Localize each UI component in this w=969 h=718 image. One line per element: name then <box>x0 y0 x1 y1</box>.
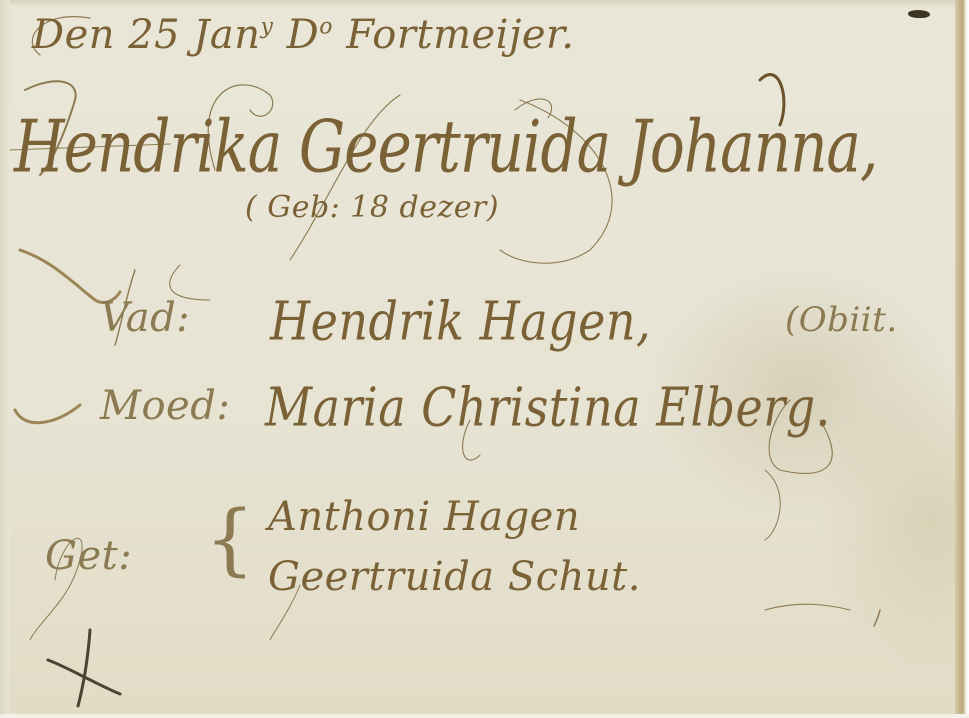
page-right-edge <box>955 0 969 718</box>
officiant-name: Fortmeijer. <box>346 12 574 58</box>
officiant-title-suffix: o <box>319 15 333 40</box>
date-month: Jan <box>193 12 260 58</box>
witnesses-label: Get: <box>45 533 132 579</box>
ink-blot <box>908 10 930 18</box>
child-name: Hendrika Geertruida Johanna, <box>14 104 877 189</box>
father-name: Hendrik Hagen, <box>270 290 651 352</box>
witnesses-brace: { <box>205 495 255 585</box>
date-month-suffix: y <box>261 15 274 40</box>
cross-mark-icon <box>44 628 124 708</box>
witness-name: Geertruida Schut. <box>268 554 641 600</box>
page-left-edge <box>0 0 10 718</box>
mother-name: Maria Christina Elberg. <box>265 376 831 438</box>
birth-note: ( Geb: 18 dezer) <box>245 190 499 225</box>
date-prefix: Den <box>32 12 115 58</box>
officiant-title: D <box>287 12 320 58</box>
page-bottom-edge <box>0 714 969 718</box>
father-label: Vad: <box>100 295 190 341</box>
mother-label: Moed: <box>100 383 230 429</box>
witness-name: Anthoni Hagen <box>268 494 580 540</box>
date-day: 25 <box>128 12 180 58</box>
register-page: Den 25 Jany Do Fortmeijer. Hendrika Geer… <box>0 0 969 718</box>
entry-date-officiant-line: Den 25 Jany Do Fortmeijer. <box>32 12 574 58</box>
page-top-edge <box>0 0 969 6</box>
father-deceased-note: (Obiit. <box>785 300 898 340</box>
